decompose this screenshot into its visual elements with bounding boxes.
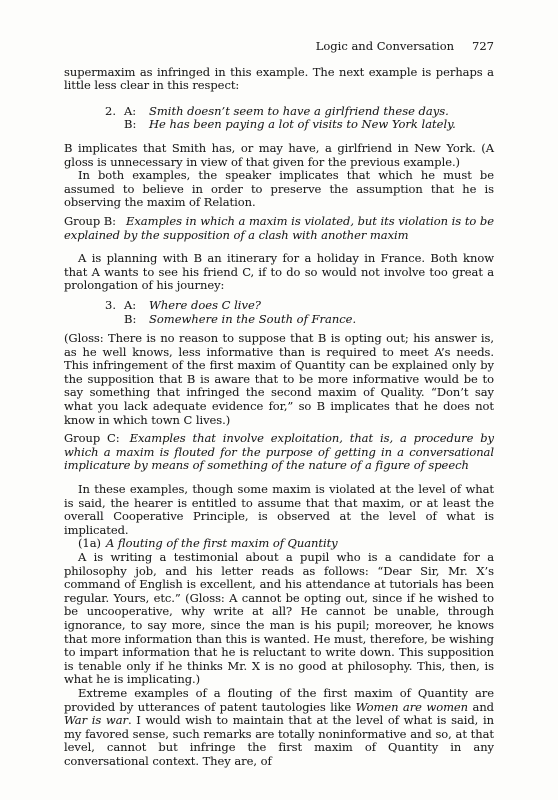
subheading-title: A flouting of the first maxim of Quantit…	[106, 536, 338, 550]
paragraph-itinerary: A is planning with B an itinerary for a …	[64, 252, 494, 293]
text-run-italic: War is war	[64, 713, 128, 727]
text-run: . I would wish to maintain that at the l…	[64, 713, 494, 768]
dialogue-row: 2. A: Smith doesn’t seem to have a girlf…	[105, 105, 494, 119]
example-number: 3.	[105, 299, 124, 313]
paragraph-tautologies: Extreme examples of a flouting of the fi…	[64, 687, 494, 769]
subheading-number: (1a)	[78, 536, 101, 550]
dialogue-row: 3. A: Where does C live?	[105, 299, 494, 313]
group-b-heading: Group B:Examples in which a maxim is vio…	[64, 215, 494, 242]
page-number: 727	[472, 40, 494, 54]
text-run: and	[468, 700, 494, 714]
example-number-spacer	[105, 118, 124, 132]
example-number: 2.	[105, 105, 124, 119]
paragraph-b-implicates: B implicates that Smith has, or may have…	[64, 142, 494, 169]
dialogue-line: He has been paying a lot of visits to Ne…	[149, 118, 494, 132]
page-header: Logic and Conversation 727	[64, 40, 494, 54]
running-title: Logic and Conversation	[316, 40, 454, 54]
dialogue-row: B: Somewhere in the South of France.	[105, 313, 494, 327]
paragraph-testimonial: A is writing a testimonial about a pupil…	[64, 551, 494, 687]
paragraph-gloss-3: (Gloss: There is no reason to suppose th…	[64, 332, 494, 427]
speaker-label: A:	[124, 105, 149, 119]
speaker-label: B:	[124, 118, 149, 132]
dialogue-example-2: 2. A: Smith doesn’t seem to have a girlf…	[64, 105, 494, 132]
paragraph-these-examples: In these examples, though some maxim is …	[64, 483, 494, 537]
dialogue-example-3: 3. A: Where does C live? B: Somewhere in…	[64, 299, 494, 326]
dialogue-line: Where does C live?	[149, 299, 494, 313]
dialogue-row: B: He has been paying a lot of visits to…	[105, 118, 494, 132]
group-description: Examples in which a maxim is violated, b…	[64, 214, 494, 242]
dialogue-line: Somewhere in the South of France.	[149, 313, 494, 327]
paragraph-both-examples: In both examples, the speaker implicates…	[64, 169, 494, 210]
group-label: Group C:	[64, 431, 130, 445]
dialogue-line: Smith doesn’t seem to have a girlfriend …	[149, 105, 494, 119]
group-label: Group B:	[64, 214, 126, 228]
group-c-heading: Group C:Examples that involve exploitati…	[64, 432, 494, 473]
speaker-label: A:	[124, 299, 149, 313]
scanned-paper-page: Logic and Conversation 727 supermaxim as…	[0, 0, 558, 800]
paragraph-supermaxim: supermaxim as infringed in this example.…	[64, 66, 494, 93]
example-number-spacer	[105, 313, 124, 327]
subheading-1a: (1a)A flouting of the first maxim of Qua…	[64, 537, 494, 551]
text-run-italic: Women are women	[356, 700, 468, 714]
speaker-label: B:	[124, 313, 149, 327]
